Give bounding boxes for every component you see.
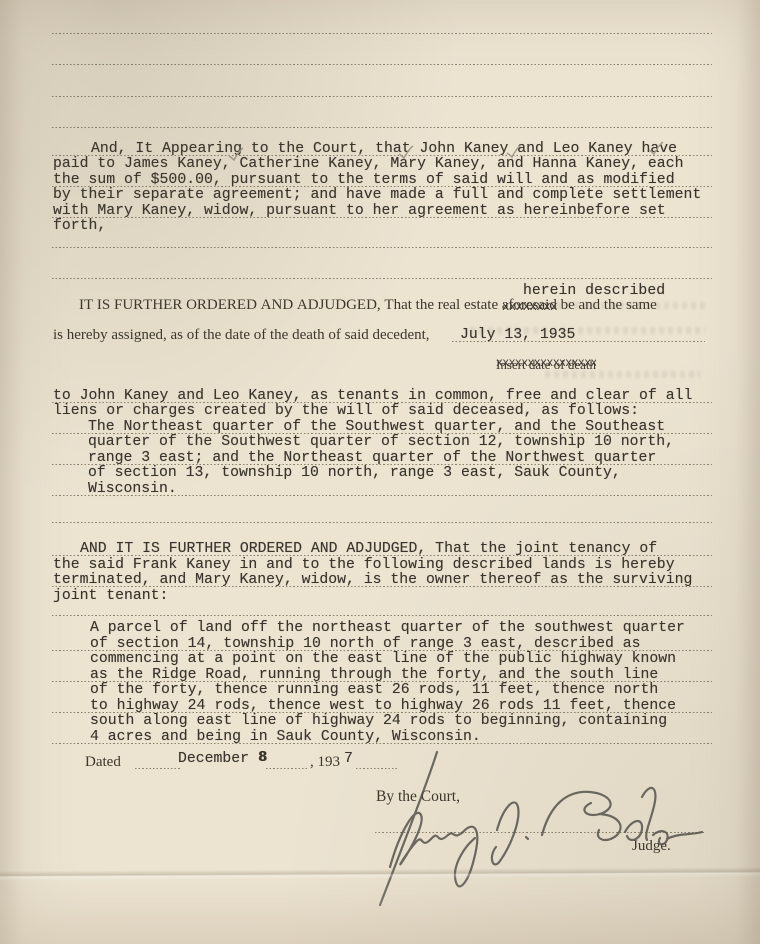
typed-line: A parcel of land off the northeast quart…	[90, 621, 685, 637]
typed-date-of-death: July 13, 1935	[460, 328, 575, 344]
pencil-checkmark-icon	[648, 141, 664, 155]
printed-year-prefix: , 193	[310, 754, 340, 770]
typed-x-overlay: xxxxxxxxx	[502, 299, 557, 315]
dotted-rule	[52, 278, 712, 279]
typed-line: AND IT IS FURTHER ORDERED AND ADJUDGED, …	[80, 542, 657, 558]
typed-x-overlay: xxxxxxxxxxxxxxxxxxxx	[496, 357, 596, 370]
dotted-rule	[52, 96, 712, 97]
typed-line: quarter of the Southwest quarter of sect…	[88, 435, 674, 451]
dotted-fill-in-line	[266, 768, 308, 769]
printed-text: be and the same	[557, 297, 657, 313]
typed-line: liens or charges created by the will of …	[53, 404, 639, 420]
dated-label: Dated	[85, 754, 121, 770]
printed-order-line: is hereby assigned, as of the date of th…	[53, 327, 430, 343]
typed-line: of section 13, township 10 north, range …	[88, 466, 621, 482]
dotted-rule	[52, 64, 712, 65]
printed-order-line: IT IS FURTHER ORDERED AND ADJUDGED, That…	[79, 297, 657, 313]
typed-line: joint tenant:	[53, 589, 168, 605]
judge-signature	[360, 735, 710, 910]
dotted-rule	[52, 615, 712, 616]
struck-form-caption: Insert date of death xxxxxxxxxxxxxxxxxxx…	[496, 356, 596, 374]
dotted-rule	[52, 33, 712, 34]
pencil-checkmark-icon	[228, 147, 244, 161]
pencil-checkmark-icon	[398, 145, 414, 159]
dotted-fill-in-line	[135, 768, 182, 769]
printed-text: IT IS FURTHER ORDERED AND ADJUDGED, That…	[79, 297, 502, 313]
typed-day: 8	[258, 751, 267, 767]
court-order-page: And, It Appearing to the Court, that Joh…	[0, 0, 760, 944]
struck-out-word: aforesaidxxxxxxxxx	[502, 297, 557, 313]
typed-month: December	[178, 752, 249, 768]
typed-line: paid to James Kaney, Catherine Kaney, Ma…	[53, 157, 683, 173]
typed-line: terminated, and Mary Kaney, widow, is th…	[53, 573, 692, 589]
typed-line: with Mary Kaney, widow, pursuant to her …	[53, 204, 666, 220]
typed-line: of the forty, thence running east 26 rod…	[90, 683, 658, 699]
dotted-rule	[52, 247, 712, 248]
typed-line: commencing at a point on the east line o…	[90, 652, 676, 668]
typed-line: by their separate agreement; and have ma…	[53, 188, 701, 204]
typed-line: south along east line of highway 24 rods…	[90, 714, 667, 730]
dotted-rule	[52, 127, 712, 128]
typed-line: forth,	[53, 219, 106, 235]
typed-line: Wisconsin.	[88, 482, 177, 498]
dotted-rule	[52, 522, 712, 523]
typed-year-digit: 7	[344, 752, 353, 768]
pencil-checkmark-icon	[506, 144, 522, 158]
